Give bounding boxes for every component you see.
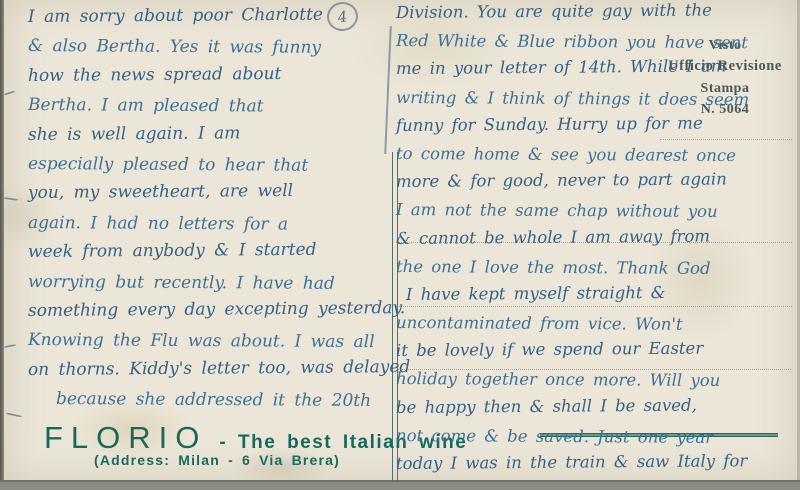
advert-brand: FLORIO	[44, 420, 207, 456]
handwritten-line: Division. You are quite gay with the	[396, 0, 800, 27]
handwritten-line: something every day excepting yesterday.	[28, 294, 394, 326]
stray-ink-mark	[4, 344, 16, 348]
stray-ink-mark	[4, 197, 18, 201]
handwritten-line: be happy then & shall I be saved,	[396, 390, 800, 421]
page-number: 4	[337, 7, 349, 26]
message-right-column: Division. You are quite gay with the Red…	[396, 0, 800, 478]
message-left-column: I am sorry about poor Charlotte & also B…	[28, 3, 394, 414]
handwritten-line: more & for good, never to part again	[396, 165, 800, 196]
handwritten-line: you, my sweetheart, are well	[28, 176, 394, 208]
handwritten-line: & cannot be whole I am away from	[396, 221, 800, 252]
photo-edge-bottom	[0, 480, 800, 490]
handwritten-line: because she addressed it the 20th	[56, 385, 394, 416]
handwritten-line: on thorns. Kiddy's letter too, was delay…	[28, 353, 394, 385]
handwritten-line: I have kept myself straight &	[406, 278, 800, 309]
handwritten-line: how the news spread about	[28, 59, 394, 91]
handwritten-line: she is well again. I am	[28, 118, 394, 150]
handwritten-line: funny for Sunday. Hurry up for me	[396, 109, 800, 140]
stray-ink-mark	[6, 412, 22, 417]
handwritten-line: it be lovely if we spend our Easter	[396, 334, 800, 365]
stray-ink-mark	[4, 90, 15, 95]
handwritten-line: today I was in the train & saw Italy for	[396, 447, 800, 478]
photo-edge-left	[0, 0, 4, 482]
handwritten-line: me in your letter of 14th. While I am	[396, 52, 800, 83]
advert-address: (Address: Milan - 6 Via Brera)	[82, 452, 352, 468]
handwritten-line: week from anybody & I started	[28, 235, 394, 267]
postcard: 4 Visto Ufficio Revisione Stampa N. 5064…	[4, 0, 797, 482]
